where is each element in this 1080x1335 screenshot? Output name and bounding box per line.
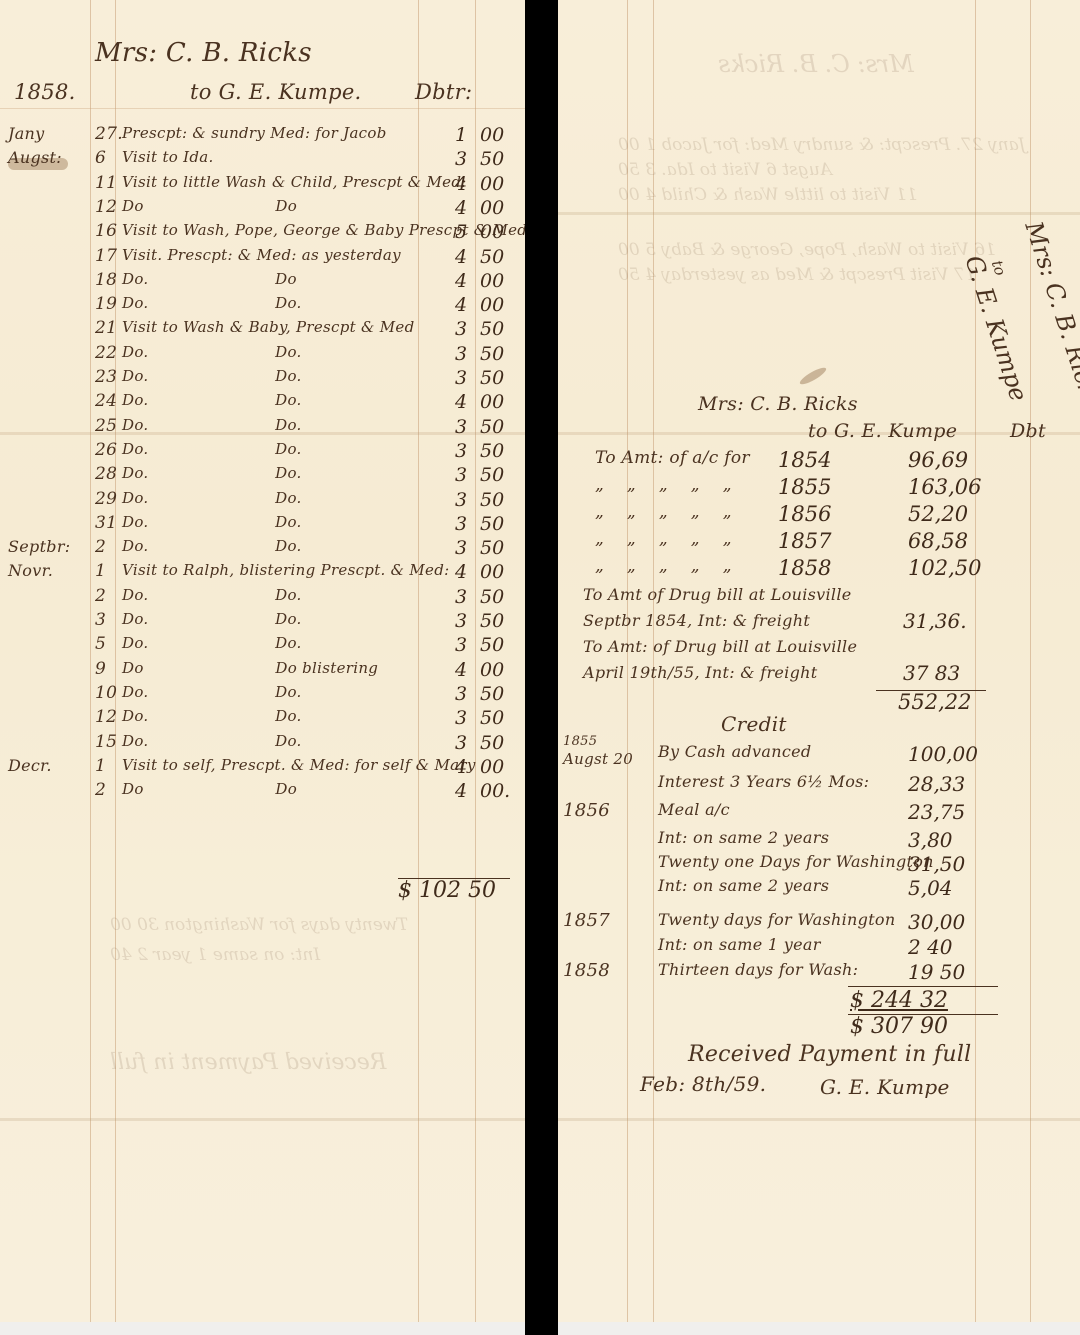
debit-year: 1858 bbox=[778, 556, 831, 580]
header-dr: Dbtr: bbox=[415, 80, 472, 104]
drug-bill-amount: 31,36. bbox=[903, 609, 967, 633]
row-description: Do. Do. bbox=[122, 732, 302, 750]
debit-year: 1855 bbox=[778, 475, 831, 499]
row-dollars: 3 bbox=[455, 537, 467, 559]
header-creditor: to G. E. Kumpe. bbox=[190, 80, 362, 104]
row-dollars: 4 bbox=[455, 197, 467, 219]
row-description: Do. Do. bbox=[122, 513, 302, 531]
row-day: 10 bbox=[95, 683, 117, 703]
credit-year: 1858 bbox=[563, 960, 610, 981]
row-cents: 50 bbox=[480, 489, 504, 511]
row-cents: 50 bbox=[480, 343, 504, 365]
receipt-date: Feb: 8th/59. bbox=[640, 1072, 766, 1096]
debit-amount: 96,69 bbox=[908, 448, 968, 472]
rule-line bbox=[418, 0, 419, 1322]
row-description: Visit to self, Prescpt. & Med: for self … bbox=[122, 756, 476, 774]
debit-amount: 52,20 bbox=[908, 502, 968, 526]
row-day: 29 bbox=[95, 489, 117, 509]
row-day: 22 bbox=[95, 343, 117, 363]
row-cents: 50 bbox=[480, 610, 504, 632]
row-description: Visit to Wash & Baby, Prescpt & Med bbox=[122, 318, 414, 336]
credit-amount: 31,50 bbox=[908, 852, 965, 876]
row-day: 31 bbox=[95, 513, 117, 533]
row-month: Augst: bbox=[8, 148, 62, 167]
row-cents: 50 bbox=[480, 440, 504, 462]
credit-amount: 3,80 bbox=[908, 828, 953, 852]
debit-total: 552,22 bbox=[898, 690, 971, 714]
row-day: 28 bbox=[95, 464, 117, 484]
row-dollars: 3 bbox=[455, 707, 467, 729]
credit-description: Interest 3 Years 6½ Mos: bbox=[658, 772, 869, 791]
row-dollars: 4 bbox=[455, 780, 467, 802]
row-dollars: 3 bbox=[455, 489, 467, 511]
row-day: 2 bbox=[95, 537, 106, 557]
row-dollars: 4 bbox=[455, 270, 467, 292]
row-cents: 00 bbox=[480, 173, 504, 195]
drug-bill-line2: April 19th/55, Int: & freight bbox=[583, 663, 817, 682]
bleed-through: Twenty days for Washington 30 00 bbox=[110, 915, 408, 935]
row-cents: 50 bbox=[480, 148, 504, 170]
row-dollars: 3 bbox=[455, 440, 467, 462]
row-description: Do. Do. bbox=[122, 634, 302, 652]
row-day: 5 bbox=[95, 634, 106, 654]
credit-description: Int: on same 2 years bbox=[658, 876, 829, 895]
row-day: 18 bbox=[95, 270, 117, 290]
row-dollars: 4 bbox=[455, 246, 467, 268]
row-description: Do. Do. bbox=[122, 683, 302, 701]
row-dollars: 4 bbox=[455, 659, 467, 681]
row-cents: 00 bbox=[480, 294, 504, 316]
bleed-through: Received Payment in full bbox=[110, 1050, 386, 1075]
row-cents: 50 bbox=[480, 707, 504, 729]
row-cents: 50 bbox=[480, 416, 504, 438]
row-description: Visit. Prescpt: & Med: as yesterday bbox=[122, 246, 401, 264]
row-dollars: 3 bbox=[455, 513, 467, 535]
row-dollars: 3 bbox=[455, 464, 467, 486]
bleed-through: 11 Visit to little Wash & Child 4 00 bbox=[618, 185, 917, 205]
row-description: Do Do bbox=[122, 780, 297, 798]
row-day: 2 bbox=[95, 780, 106, 800]
rule-line bbox=[90, 0, 91, 1322]
debit-label: „ „ „ „ „ bbox=[595, 502, 732, 522]
row-dollars: 3 bbox=[455, 416, 467, 438]
row-description: Do. Do. bbox=[122, 489, 302, 507]
row-description: Do Do blistering bbox=[122, 659, 378, 677]
row-cents: 50 bbox=[480, 732, 504, 754]
rule-line bbox=[1030, 0, 1031, 1322]
rule-line bbox=[975, 0, 976, 1322]
row-day: 1 bbox=[95, 561, 106, 581]
row-dollars: 3 bbox=[455, 148, 467, 170]
row-cents: 50 bbox=[480, 683, 504, 705]
row-day: 17 bbox=[95, 246, 117, 266]
row-month: Jany bbox=[8, 124, 45, 143]
row-dollars: 5 bbox=[455, 221, 467, 243]
debit-year: 1856 bbox=[778, 502, 831, 526]
row-cents: 50 bbox=[480, 318, 504, 340]
credit-amount: 5,04 bbox=[908, 876, 953, 900]
debit-label: To Amt: of a/c for bbox=[595, 448, 750, 468]
credit-amount: 19 50 bbox=[908, 960, 965, 984]
right-page: Mrs: C. B. Ricks Jany 27. Prescpt: & sun… bbox=[558, 0, 1080, 1322]
row-day: 25 bbox=[95, 416, 117, 436]
debit-year: 1854 bbox=[778, 448, 831, 472]
row-cents: 00 bbox=[480, 221, 504, 243]
row-description: Do. Do. bbox=[122, 391, 302, 409]
credit-date: Augst 20 bbox=[563, 750, 633, 768]
row-cents: 00. bbox=[480, 780, 510, 802]
row-dollars: 3 bbox=[455, 318, 467, 340]
row-dollars: 4 bbox=[455, 391, 467, 413]
row-description: Do. Do. bbox=[122, 707, 302, 725]
credit-year: 1855 bbox=[563, 734, 597, 749]
row-dollars: 3 bbox=[455, 610, 467, 632]
signature: G. E. Kumpe bbox=[820, 1075, 950, 1099]
row-description: Do. Do. bbox=[122, 367, 302, 385]
credit-description: Meal a/c bbox=[658, 800, 730, 819]
row-day: 6 bbox=[95, 148, 106, 168]
row-description: Do. Do. bbox=[122, 294, 302, 312]
rule-line bbox=[475, 0, 476, 1322]
row-cents: 50 bbox=[480, 537, 504, 559]
credit-description: Thirteen days for Wash: bbox=[658, 960, 858, 979]
paper-fold bbox=[558, 1118, 1080, 1121]
row-dollars: 3 bbox=[455, 634, 467, 656]
row-dollars: 3 bbox=[455, 586, 467, 608]
credit-heading: Credit bbox=[721, 712, 787, 736]
row-day: 27. bbox=[95, 124, 123, 144]
row-cents: 50 bbox=[480, 634, 504, 656]
credit-description: Int: on same 1 year bbox=[658, 935, 821, 954]
row-day: 15 bbox=[95, 732, 117, 752]
header-dr: Dbt bbox=[1010, 420, 1046, 442]
left-total: $ 102 50 bbox=[398, 878, 496, 903]
balance-total: $ 307 90 bbox=[850, 1014, 948, 1039]
row-day: 12 bbox=[95, 707, 117, 727]
row-dollars: 3 bbox=[455, 683, 467, 705]
row-day: 24 bbox=[95, 391, 117, 411]
credit-description: Int: on same 2 years bbox=[658, 828, 829, 847]
row-dollars: 4 bbox=[455, 173, 467, 195]
row-dollars: 4 bbox=[455, 294, 467, 316]
row-description: Prescpt: & sundry Med: for Jacob bbox=[122, 124, 387, 142]
row-description: Do. Do. bbox=[122, 586, 302, 604]
bleed-through: Mrs: C. B. Ricks bbox=[718, 50, 914, 78]
bleed-through: Int: on same 1 year 2 40 bbox=[110, 945, 320, 965]
row-cents: 50 bbox=[480, 586, 504, 608]
row-description: Do Do bbox=[122, 197, 297, 215]
row-cents: 00 bbox=[480, 270, 504, 292]
credit-year: 1856 bbox=[563, 800, 610, 821]
row-dollars: 3 bbox=[455, 732, 467, 754]
row-description: Do. Do. bbox=[122, 343, 302, 361]
debit-amount: 68,58 bbox=[908, 529, 968, 553]
row-dollars: 1 bbox=[455, 124, 467, 146]
debit-year: 1857 bbox=[778, 529, 831, 553]
row-cents: 00 bbox=[480, 197, 504, 219]
row-description: Do. Do. bbox=[122, 416, 302, 434]
debit-amount: 102,50 bbox=[908, 556, 981, 580]
receipt-text: Received Payment in full bbox=[688, 1042, 972, 1067]
debit-amount: 163,06 bbox=[908, 475, 981, 499]
paper-fold bbox=[0, 1118, 525, 1121]
row-day: 19 bbox=[95, 294, 117, 314]
row-dollars: 3 bbox=[455, 343, 467, 365]
row-day: 21 bbox=[95, 318, 117, 338]
row-dollars: 3 bbox=[455, 367, 467, 389]
debit-label: „ „ „ „ „ bbox=[595, 475, 732, 495]
rule-line bbox=[0, 108, 525, 109]
row-day: 3 bbox=[95, 610, 106, 630]
credit-total-rule bbox=[848, 986, 998, 987]
bleed-through: 17 Visit Prescpt & Med as yesterday 4 50 bbox=[618, 265, 976, 285]
row-description: Visit to Ralph, blistering Prescpt. & Me… bbox=[122, 561, 449, 579]
row-description: Visit to Ida. bbox=[122, 148, 214, 166]
row-day: 16 bbox=[95, 221, 117, 241]
row-cents: 00 bbox=[480, 659, 504, 681]
row-description: Do. Do. bbox=[122, 440, 302, 458]
row-day: 2 bbox=[95, 586, 106, 606]
header-debtor: Mrs: C. B. Ricks bbox=[698, 393, 858, 415]
header-creditor: to G. E. Kumpe bbox=[808, 420, 957, 442]
credit-description: By Cash advanced bbox=[658, 742, 811, 761]
row-day: 1 bbox=[95, 756, 106, 776]
credit-description: Twenty one Days for Washington bbox=[658, 852, 934, 871]
row-cents: 00 bbox=[480, 561, 504, 583]
drug-bill-amount: 37 83 bbox=[903, 661, 960, 685]
row-cents: 50 bbox=[480, 464, 504, 486]
credit-year: 1857 bbox=[563, 910, 610, 931]
row-cents: 00 bbox=[480, 756, 504, 778]
row-cents: 50 bbox=[480, 513, 504, 535]
ink-stain bbox=[798, 365, 828, 387]
row-dollars: 4 bbox=[455, 561, 467, 583]
credit-description: Twenty days for Washington bbox=[658, 910, 895, 929]
row-day: 23 bbox=[95, 367, 117, 387]
header-year: 1858. bbox=[14, 80, 76, 104]
row-day: 11 bbox=[95, 173, 117, 193]
row-cents: 00 bbox=[480, 391, 504, 413]
paper-fold bbox=[558, 212, 1080, 215]
row-description: Do. Do bbox=[122, 270, 297, 288]
row-description: Do. Do. bbox=[122, 464, 302, 482]
bleed-through: 16 Visit to Wash, Pope, George & Baby 5 … bbox=[618, 240, 996, 260]
credit-total: $ 244 32 bbox=[850, 988, 948, 1013]
row-description: Do. Do. bbox=[122, 610, 302, 628]
debit-label: „ „ „ „ „ bbox=[595, 529, 732, 549]
drug-bill-line2: Septbr 1854, Int: & freight bbox=[583, 611, 810, 630]
credit-amount: 28,33 bbox=[908, 772, 965, 796]
row-month: Novr. bbox=[8, 561, 53, 580]
row-day: 26 bbox=[95, 440, 117, 460]
credit-amount: 30,00 bbox=[908, 910, 965, 934]
row-day: 12 bbox=[95, 197, 117, 217]
row-description: Do. Do. bbox=[122, 537, 302, 555]
credit-amount: 2 40 bbox=[908, 935, 953, 959]
credit-amount: 100,00 bbox=[908, 742, 978, 766]
left-page: Mrs: C. B. Ricks 1858. to G. E. Kumpe. D… bbox=[0, 0, 525, 1322]
drug-bill-line1: To Amt: of Drug bill at Louisville bbox=[583, 637, 857, 656]
row-dollars: 4 bbox=[455, 756, 467, 778]
row-month: Decr. bbox=[8, 756, 52, 775]
bleed-through: Jany 27. Prescpt: & sundry Med: for Jaco… bbox=[618, 135, 1026, 155]
drug-bill-line1: To Amt of Drug bill at Louisville bbox=[583, 585, 852, 604]
credit-amount: 23,75 bbox=[908, 800, 965, 824]
header-debtor: Mrs: C. B. Ricks bbox=[95, 38, 312, 68]
row-month: Septbr: bbox=[8, 537, 70, 556]
row-cents: 50 bbox=[480, 367, 504, 389]
page-divider bbox=[525, 0, 558, 1335]
row-day: 9 bbox=[95, 659, 106, 679]
bleed-through: Augst 6 Visit to Ida. 3 50 bbox=[618, 160, 832, 180]
row-cents: 00 bbox=[480, 124, 504, 146]
row-description: Visit to little Wash & Child, Prescpt & … bbox=[122, 173, 467, 191]
row-cents: 50 bbox=[480, 246, 504, 268]
debit-label: „ „ „ „ „ bbox=[595, 556, 732, 576]
